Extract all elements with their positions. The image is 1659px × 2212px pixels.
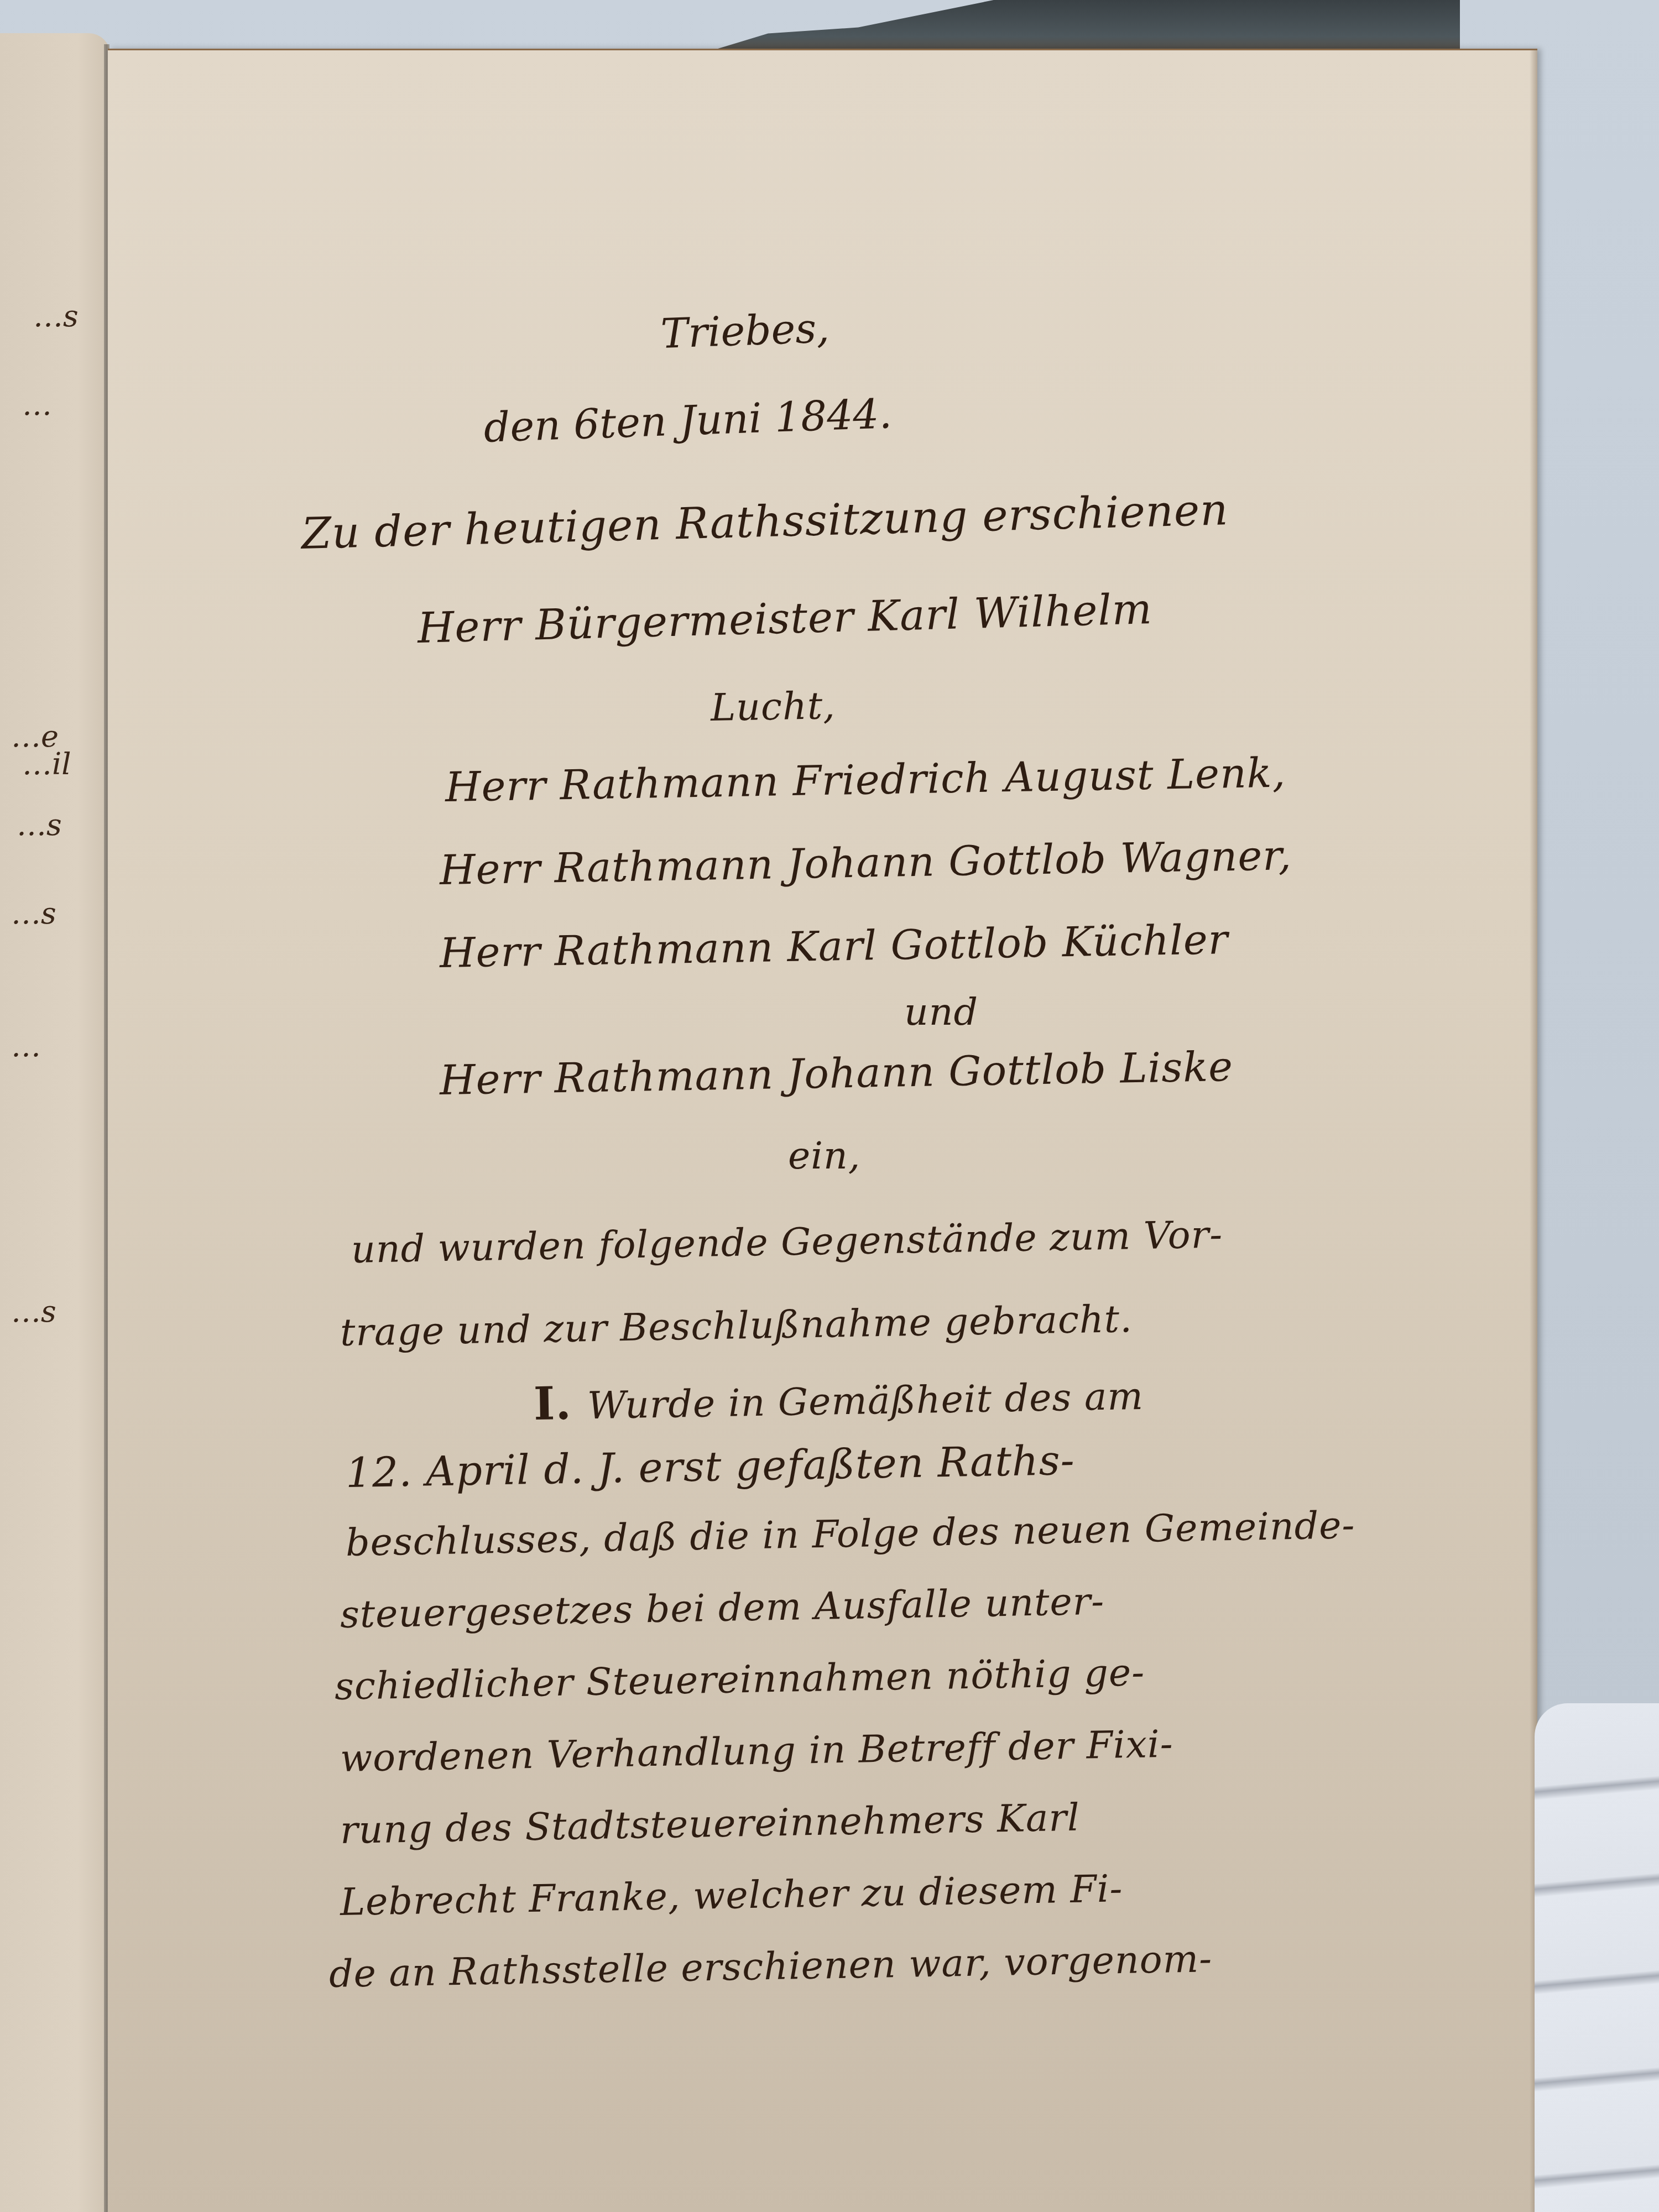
date-heading: den 6ten Juni 1844.: [483, 390, 893, 452]
left-page-fragment: …il: [22, 747, 71, 781]
item-1-line: beschlusses, daß die in Folge des neuen …: [345, 1504, 1355, 1565]
item-1-line: 12. April d. J. erst gefaßten Raths-: [345, 1437, 1075, 1497]
item-1-line: schiedlicher Steuereinnahmen nöthig ge-: [334, 1651, 1145, 1709]
white-glove-hand: [1535, 1703, 1659, 2212]
attendee-4: Herr Rathmann Johann Gottlob Liske: [439, 1043, 1233, 1104]
item-1-line: rung des Stadtsteuereinnehmers Karl: [340, 1796, 1080, 1853]
proceedings-line-1: und wurden folgende Gegenstände zum Vor-: [351, 1213, 1223, 1271]
left-facing-page: …s … …e …il …s …s … …s: [0, 33, 111, 2212]
item-1-line: wordenen Verhandlung in Betreff der Fixi…: [340, 1723, 1173, 1781]
conjunction-und: und: [904, 990, 978, 1034]
left-page-fragment: …s: [17, 807, 62, 842]
word-ein: ein,: [788, 1134, 860, 1178]
intro-line: Zu der heutigen Rathssitzung erschienen: [301, 485, 1229, 559]
item-1-line: de an Rathsstelle erschienen war, vorgen…: [328, 1937, 1212, 1996]
item-1-text: Wurde in Gemäßheit des am: [587, 1375, 1144, 1428]
item-1-first-line: I.Wurde in Gemäßheit des am: [533, 1367, 1144, 1431]
proceedings-line-2: trage und zur Beschlußnahme gebracht.: [340, 1297, 1133, 1355]
item-number: I.: [533, 1377, 572, 1431]
place-heading: Triebes,: [660, 304, 830, 358]
attendee-3: Herr Rathmann Karl Gottlob Küchler: [439, 916, 1228, 977]
item-1-line: steuergesetzes bei dem Ausfalle unter-: [340, 1580, 1104, 1637]
mayor-surname: Lucht,: [710, 684, 836, 730]
left-page-fragment: …s: [11, 1294, 56, 1329]
attendee-1: Herr Rathmann Friedrich August Lenk,: [445, 749, 1286, 811]
attendee-2: Herr Rathmann Johann Gottlob Wagner,: [439, 832, 1292, 894]
item-1-line: Lebrecht Franke, welcher zu diesem Fi-: [340, 1867, 1123, 1924]
left-page-fragment: …: [11, 1029, 41, 1063]
left-page-fragment: …s: [11, 896, 56, 931]
left-page-fragment: …s: [33, 299, 79, 333]
left-page-fragment: …: [22, 387, 52, 422]
mayor-line: Herr Bürgermeister Karl Wilhelm: [417, 584, 1153, 653]
manuscript-page: Triebes, den 6ten Juni 1844. Zu der heut…: [108, 49, 1537, 2212]
